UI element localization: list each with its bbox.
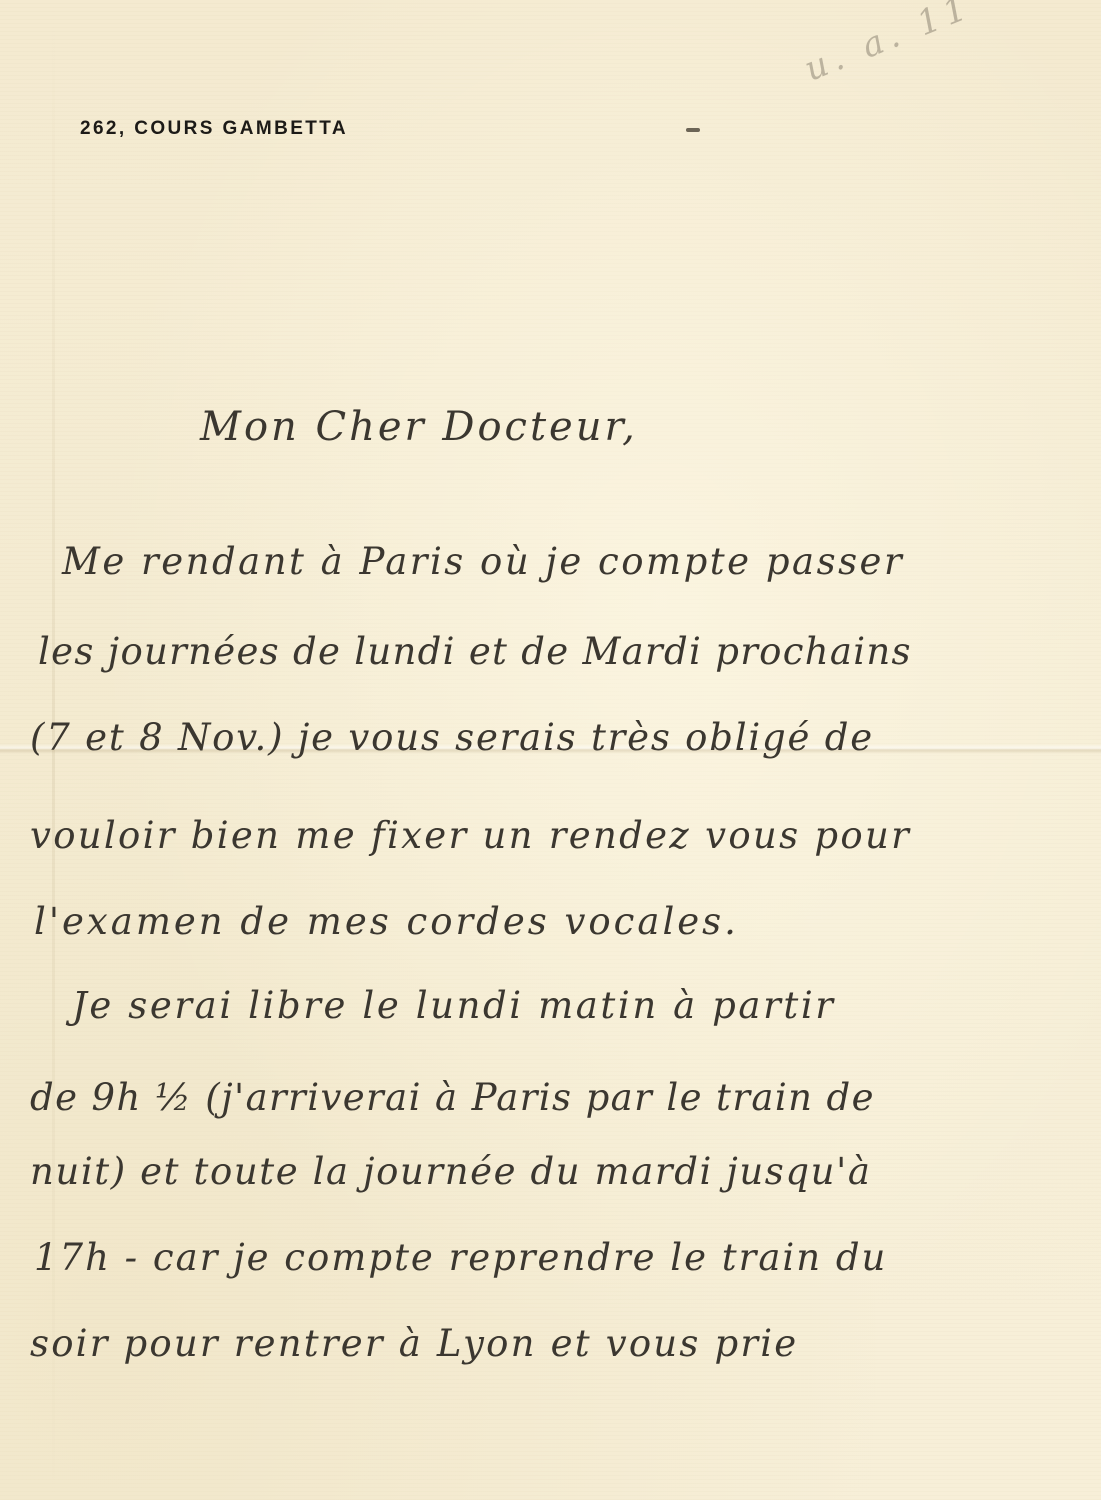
letter-line-7: de 9h ½ (j'arriverai à Paris par le trai… <box>30 1076 875 1119</box>
letter-line-6: Je serai libre le lundi matin à partir <box>72 984 836 1027</box>
letter-line-2: les journées de lundi et de Mardi procha… <box>38 630 912 673</box>
letter-page: 262, COURS GAMBETTA u. a. 11 Mon Cher Do… <box>0 0 1101 1500</box>
letter-line-3: (7 et 8 Nov.) je vous serais très obligé… <box>30 716 874 759</box>
letter-line-4: vouloir bien me fixer un rendez vous pou… <box>30 814 911 857</box>
letter-line-1: Me rendant à Paris où je compte passer <box>62 540 904 583</box>
letter-line-9: 17h - car je compte reprendre le train d… <box>34 1236 887 1279</box>
paper-puncture-mark <box>686 128 700 132</box>
letter-line-8: nuit) et toute la journée du mardi jusqu… <box>30 1150 872 1193</box>
salutation: Mon Cher Docteur, <box>200 404 638 450</box>
letter-line-5: l'examen de mes cordes vocales. <box>34 900 739 943</box>
letterhead-address: 262, COURS GAMBETTA <box>80 118 348 140</box>
letter-line-10: soir pour rentrer à Lyon et vous prie <box>30 1322 798 1365</box>
pencil-annotation: u. a. 11 <box>799 0 978 90</box>
